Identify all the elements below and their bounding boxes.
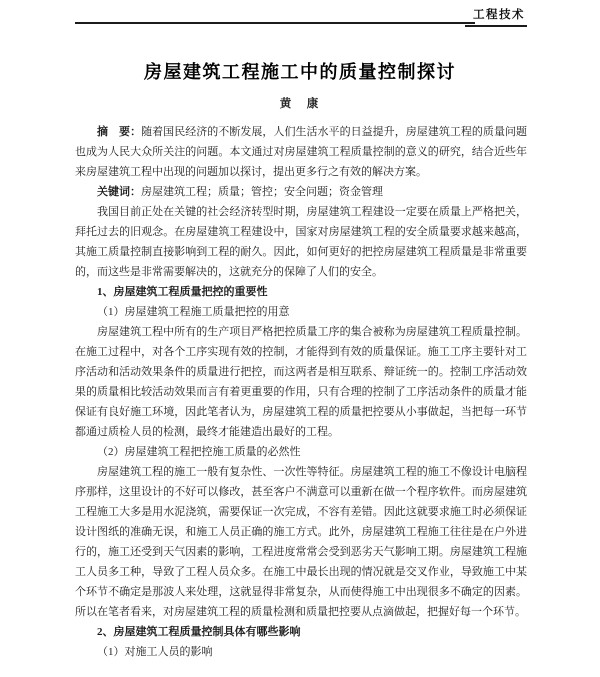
author-name: 黄 康: [0, 95, 600, 111]
abstract-paragraph: 摘 要：随着国民经济的不断发展，人们生活水平的日益提升，房屋建筑工程的质量问题也…: [75, 122, 527, 182]
subsection-heading: （1）房屋建筑工程施工质量把控的用意: [75, 302, 527, 322]
subsection-heading: （1）对施工人员的影响: [75, 642, 527, 662]
body-paragraph: 我国目前正处在关键的社会经济转型时期，房屋建筑工程建设一定要在质量上严格把关，拜…: [75, 202, 527, 282]
body-paragraph: 房屋建筑工程的施工一般有复杂性、一次性等特征。房屋建筑工程的施工不像设计电脑程序…: [75, 462, 527, 622]
page-title: 房屋建筑工程施工中的质量控制探讨: [0, 58, 600, 84]
scanned-paper-page: 工程技术 房屋建筑工程施工中的质量控制探讨 黄 康 摘 要：随着国民经济的不断发…: [0, 0, 600, 677]
abstract-text: 随着国民经济的不断发展，人们生活水平的日益提升，房屋建筑工程的质量问题也成为人民…: [75, 126, 527, 178]
subsection-heading: （2）房屋建筑工程把控施工质量的必然性: [75, 442, 527, 462]
abstract-label: 摘 要：: [97, 126, 141, 138]
article-body: 摘 要：随着国民经济的不断发展，人们生活水平的日益提升，房屋建筑工程的质量问题也…: [75, 122, 527, 662]
keywords-paragraph: 关键词：房屋建筑工程；质量；管控；安全问题；资金管理: [75, 182, 527, 202]
keywords-label: 关键词：: [97, 186, 141, 198]
section-heading: 2、房屋建筑工程质量控制具体有哪些影响: [75, 622, 527, 642]
body-paragraph: 房屋建筑工程中所有的生产项目严格把控质量工序的集合被称为房屋建筑工程质量控制。在…: [75, 322, 527, 442]
section-heading: 1、房屋建筑工程质量把控的重要性: [75, 282, 527, 302]
header-rule: [75, 22, 475, 24]
keywords-text: 房屋建筑工程；质量；管控；安全问题；资金管理: [141, 186, 383, 198]
